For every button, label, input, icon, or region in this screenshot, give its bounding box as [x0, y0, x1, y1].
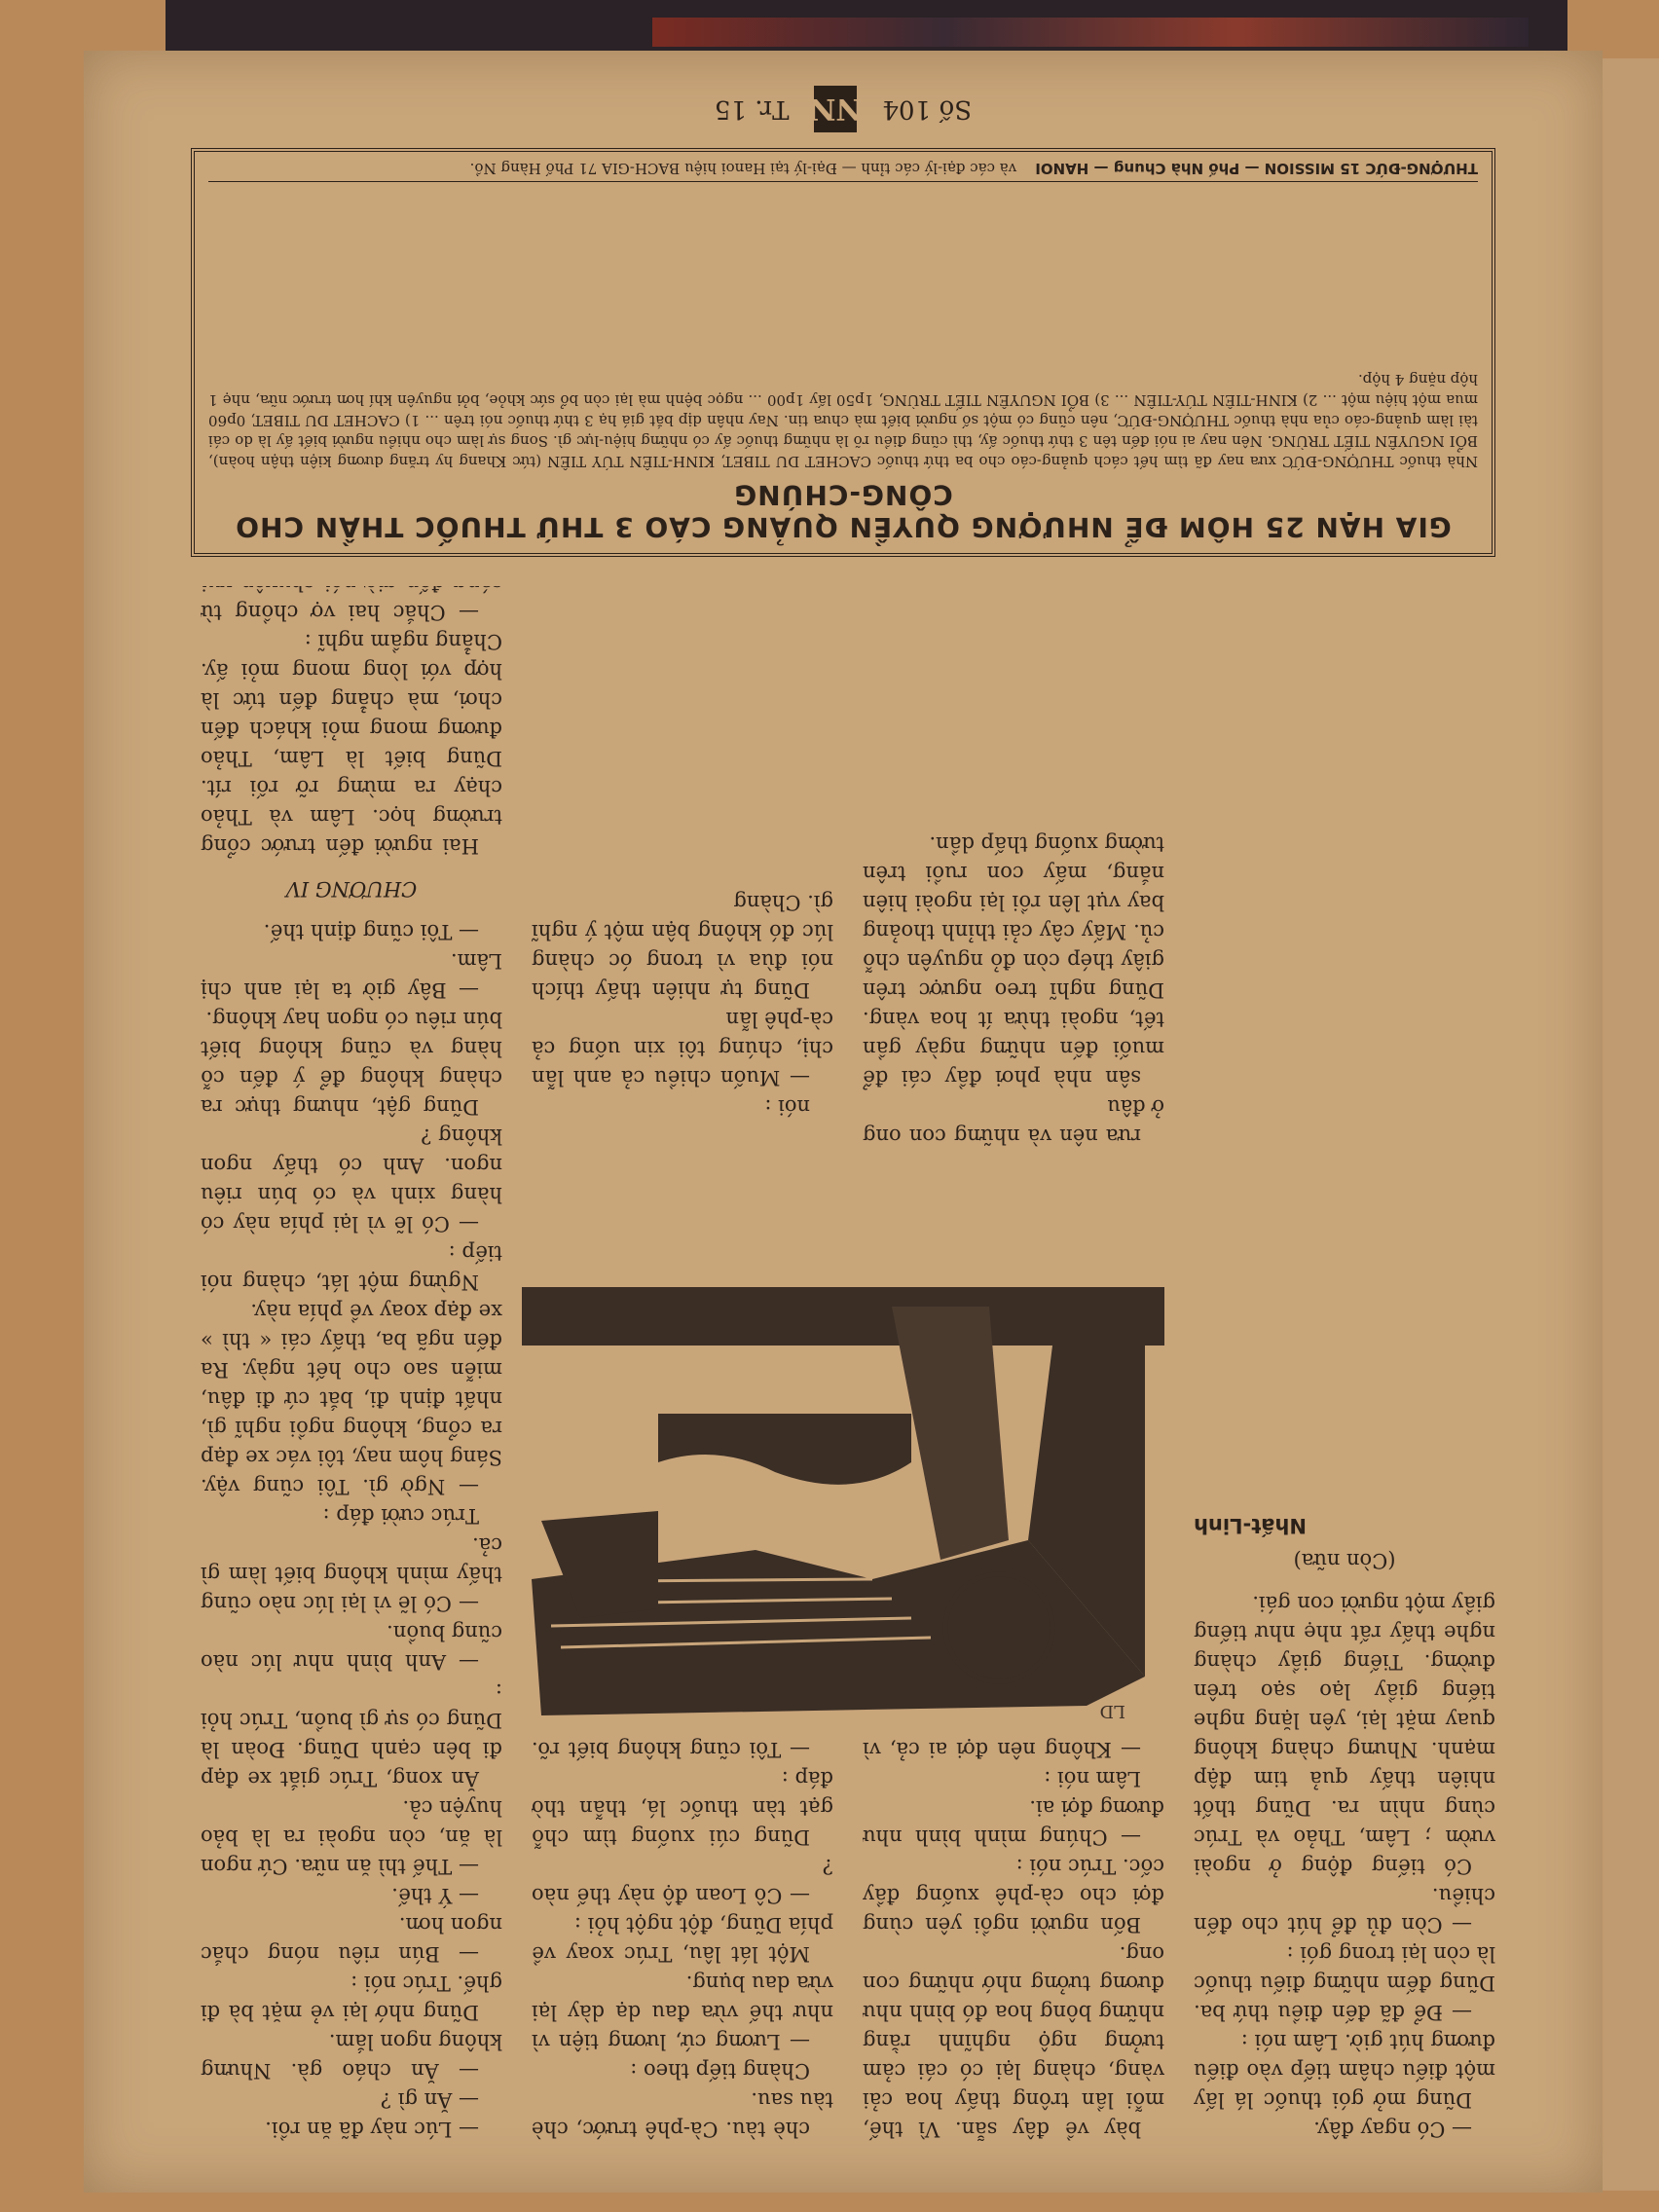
paragraph: Dũng nhớ lại vẻ mặt bà đi ghế. Trúc nói …: [201, 1969, 502, 2027]
paragraph: — Lúc này đã ăn rồi.: [201, 2115, 502, 2144]
paragraph: Có tiếng động ở ngoài vườn ; Lâm, Thảo v…: [1194, 1589, 1495, 1881]
paragraph: chè tàu. Cà-phê trước, chè tàu sau.: [532, 2085, 833, 2144]
paragraph: Lâm nói :: [863, 1764, 1164, 1793]
paragraph: Dũng cúi xuống tìm chỗ gạt tàn thuốc lá,…: [532, 1764, 833, 1852]
paragraph: — Bây giờ ta lại anh chị Lâm.: [201, 946, 502, 1005]
paragraph: — Muốn chiều cả anh lẫn chị, chúng tôi x…: [532, 1005, 833, 1092]
running-header: Số 104 NN Tr. 15: [113, 80, 1573, 138]
paragraph: — Ngờ gì. Tôi cũng vậy. Sáng hôm nay, tô…: [201, 1297, 502, 1501]
article-column-4: — Có ngay đây.Dũng mở gói thuốc lá lấy m…: [1194, 586, 1495, 2144]
article-columns: — Lúc này đã ăn rồi.— Ăn gì ?— Ăn cháo g…: [191, 586, 1495, 2144]
paragraph: — Còn đủ để hút cho đến chiều.: [1194, 1881, 1495, 1939]
newspaper-page: Số 104 NN Tr. 15 GIA HẠN 25 HÔM ĐỂ NHƯỢN…: [84, 51, 1603, 2193]
issue-number: Số 104: [882, 94, 972, 124]
author-signature: Nhất-Linh: [1194, 1511, 1495, 1540]
paragraph: sân nhà phơi đầy cái để muối đến những n…: [863, 829, 1164, 1092]
paragraph: — Để đã đến điều thứ ba. Dũng đếm những …: [1194, 1939, 1495, 2027]
woodcut-illustration: LD: [522, 1287, 1164, 1735]
paragraph: bày về đây sẵn. Vì thế, mỗi lần trông th…: [863, 1939, 1164, 2144]
paragraph: Dũng gật, nhưng thực ra chàng không để ý…: [201, 1005, 502, 1122]
paragraph: — Có ngay đây.: [1194, 2115, 1495, 2144]
paragraph: Trúc cười đáp :: [201, 1501, 502, 1530]
illustration-image: LD: [522, 1287, 1164, 1735]
paragraph: nói :: [532, 1092, 833, 1122]
paragraph: — Thế thì ăn nữa. Cứ ngon là ăn, còn ngo…: [201, 1793, 502, 1881]
back-cover-edge: [166, 0, 1567, 58]
paragraph: — Có lẽ vì lại phía này có hàng xinh và …: [201, 1122, 502, 1238]
ad-footer: THƯỢNG-ĐỨC 15 MISSION — Phố Nhà Chung — …: [208, 160, 1478, 182]
paragraph: Chàng tiếp theo :: [532, 2056, 833, 2085]
paragraph: — Chắc hai vợ chồng từ sáng đến giờ nói …: [201, 586, 502, 627]
paragraph: — Ăn cháo gà. Nhưng không ngon lắm.: [201, 2027, 502, 2085]
paragraph: Dũng mở gói thuốc lá lấy một điếu châm t…: [1194, 2027, 1495, 2115]
article-column-1: — Lúc này đã ăn rồi.— Ăn gì ?— Ăn cháo g…: [201, 586, 502, 2144]
paragraph: — Bún riêu nóng chắc ngon hơn.: [201, 1910, 502, 1969]
paragraph: Ngừng một lát, chàng nói tiếp :: [201, 1238, 502, 1297]
paragraph: — Có lẽ vì lại lúc nào cũng thấy mình kh…: [201, 1530, 502, 1618]
page-content-upside-down: Số 104 NN Tr. 15 GIA HẠN 25 HÔM ĐỂ NHƯỢN…: [113, 80, 1573, 2163]
paragraph: Dũng tự nhiên thấy thích nói đùa vì tron…: [532, 888, 833, 1005]
ad-footer-agents: và các đại-lý các tỉnh — Đại-lý tại Hano…: [470, 160, 1017, 177]
ad-title: GIA HẠN 25 HÔM ĐỂ NHƯỢNG QUYỀN QUẢNG CÁO…: [208, 479, 1478, 543]
torn-edge: [652, 18, 1529, 47]
paragraph: — Ăn gì ?: [201, 2085, 502, 2115]
facing-page-edge: [1603, 58, 1659, 2191]
ad-body: Nhà thuốc THƯỢNG-ĐỨC xưa nay đã tìm hết …: [208, 369, 1478, 471]
paragraph: — Chúng mình bình như đương đợi ai.: [863, 1793, 1164, 1852]
newspaper-logo: NN: [814, 86, 857, 132]
paragraph: Một lát lâu, Trúc xoay về phía Dũng, đột…: [532, 1910, 833, 1969]
chapter-heading: CHƯƠNG IV: [201, 874, 502, 903]
paragraph: Ăn xong, Trúc giắt xe đạp đi bên cạnh Dũ…: [201, 1677, 502, 1793]
paragraph: Bốn người ngồi yên cùng đợi cho cà-phê x…: [863, 1852, 1164, 1939]
advertisement-box: GIA HẠN 25 HÔM ĐỂ NHƯỢNG QUYỀN QUẢNG CÁO…: [191, 148, 1495, 557]
ad-footer-address: THƯỢNG-ĐỨC 15 MISSION — Phố Nhà Chung — …: [1035, 160, 1478, 177]
paragraph: — Anh bình như lúc nào cũng buồn.: [201, 1618, 502, 1677]
paragraph: Hai người đến trước cổng trường học. Lâm…: [201, 627, 502, 861]
paragraph: rưa nên và những con ong ở đâu: [863, 1092, 1164, 1151]
paragraph: — Lương cứ, lương tiện vì như thế vừa đa…: [532, 1969, 833, 2056]
paragraph: — Tôi cũng định thế.: [201, 917, 502, 946]
svg-text:LD: LD: [1100, 1701, 1125, 1721]
page-number: Tr. 15: [715, 94, 790, 124]
paragraph: — Cô Loan độ này thế nào ?: [532, 1852, 833, 1910]
paragraph: — Ý thế.: [201, 1881, 502, 1910]
continued-note: (Còn nữa): [1194, 1546, 1495, 1575]
